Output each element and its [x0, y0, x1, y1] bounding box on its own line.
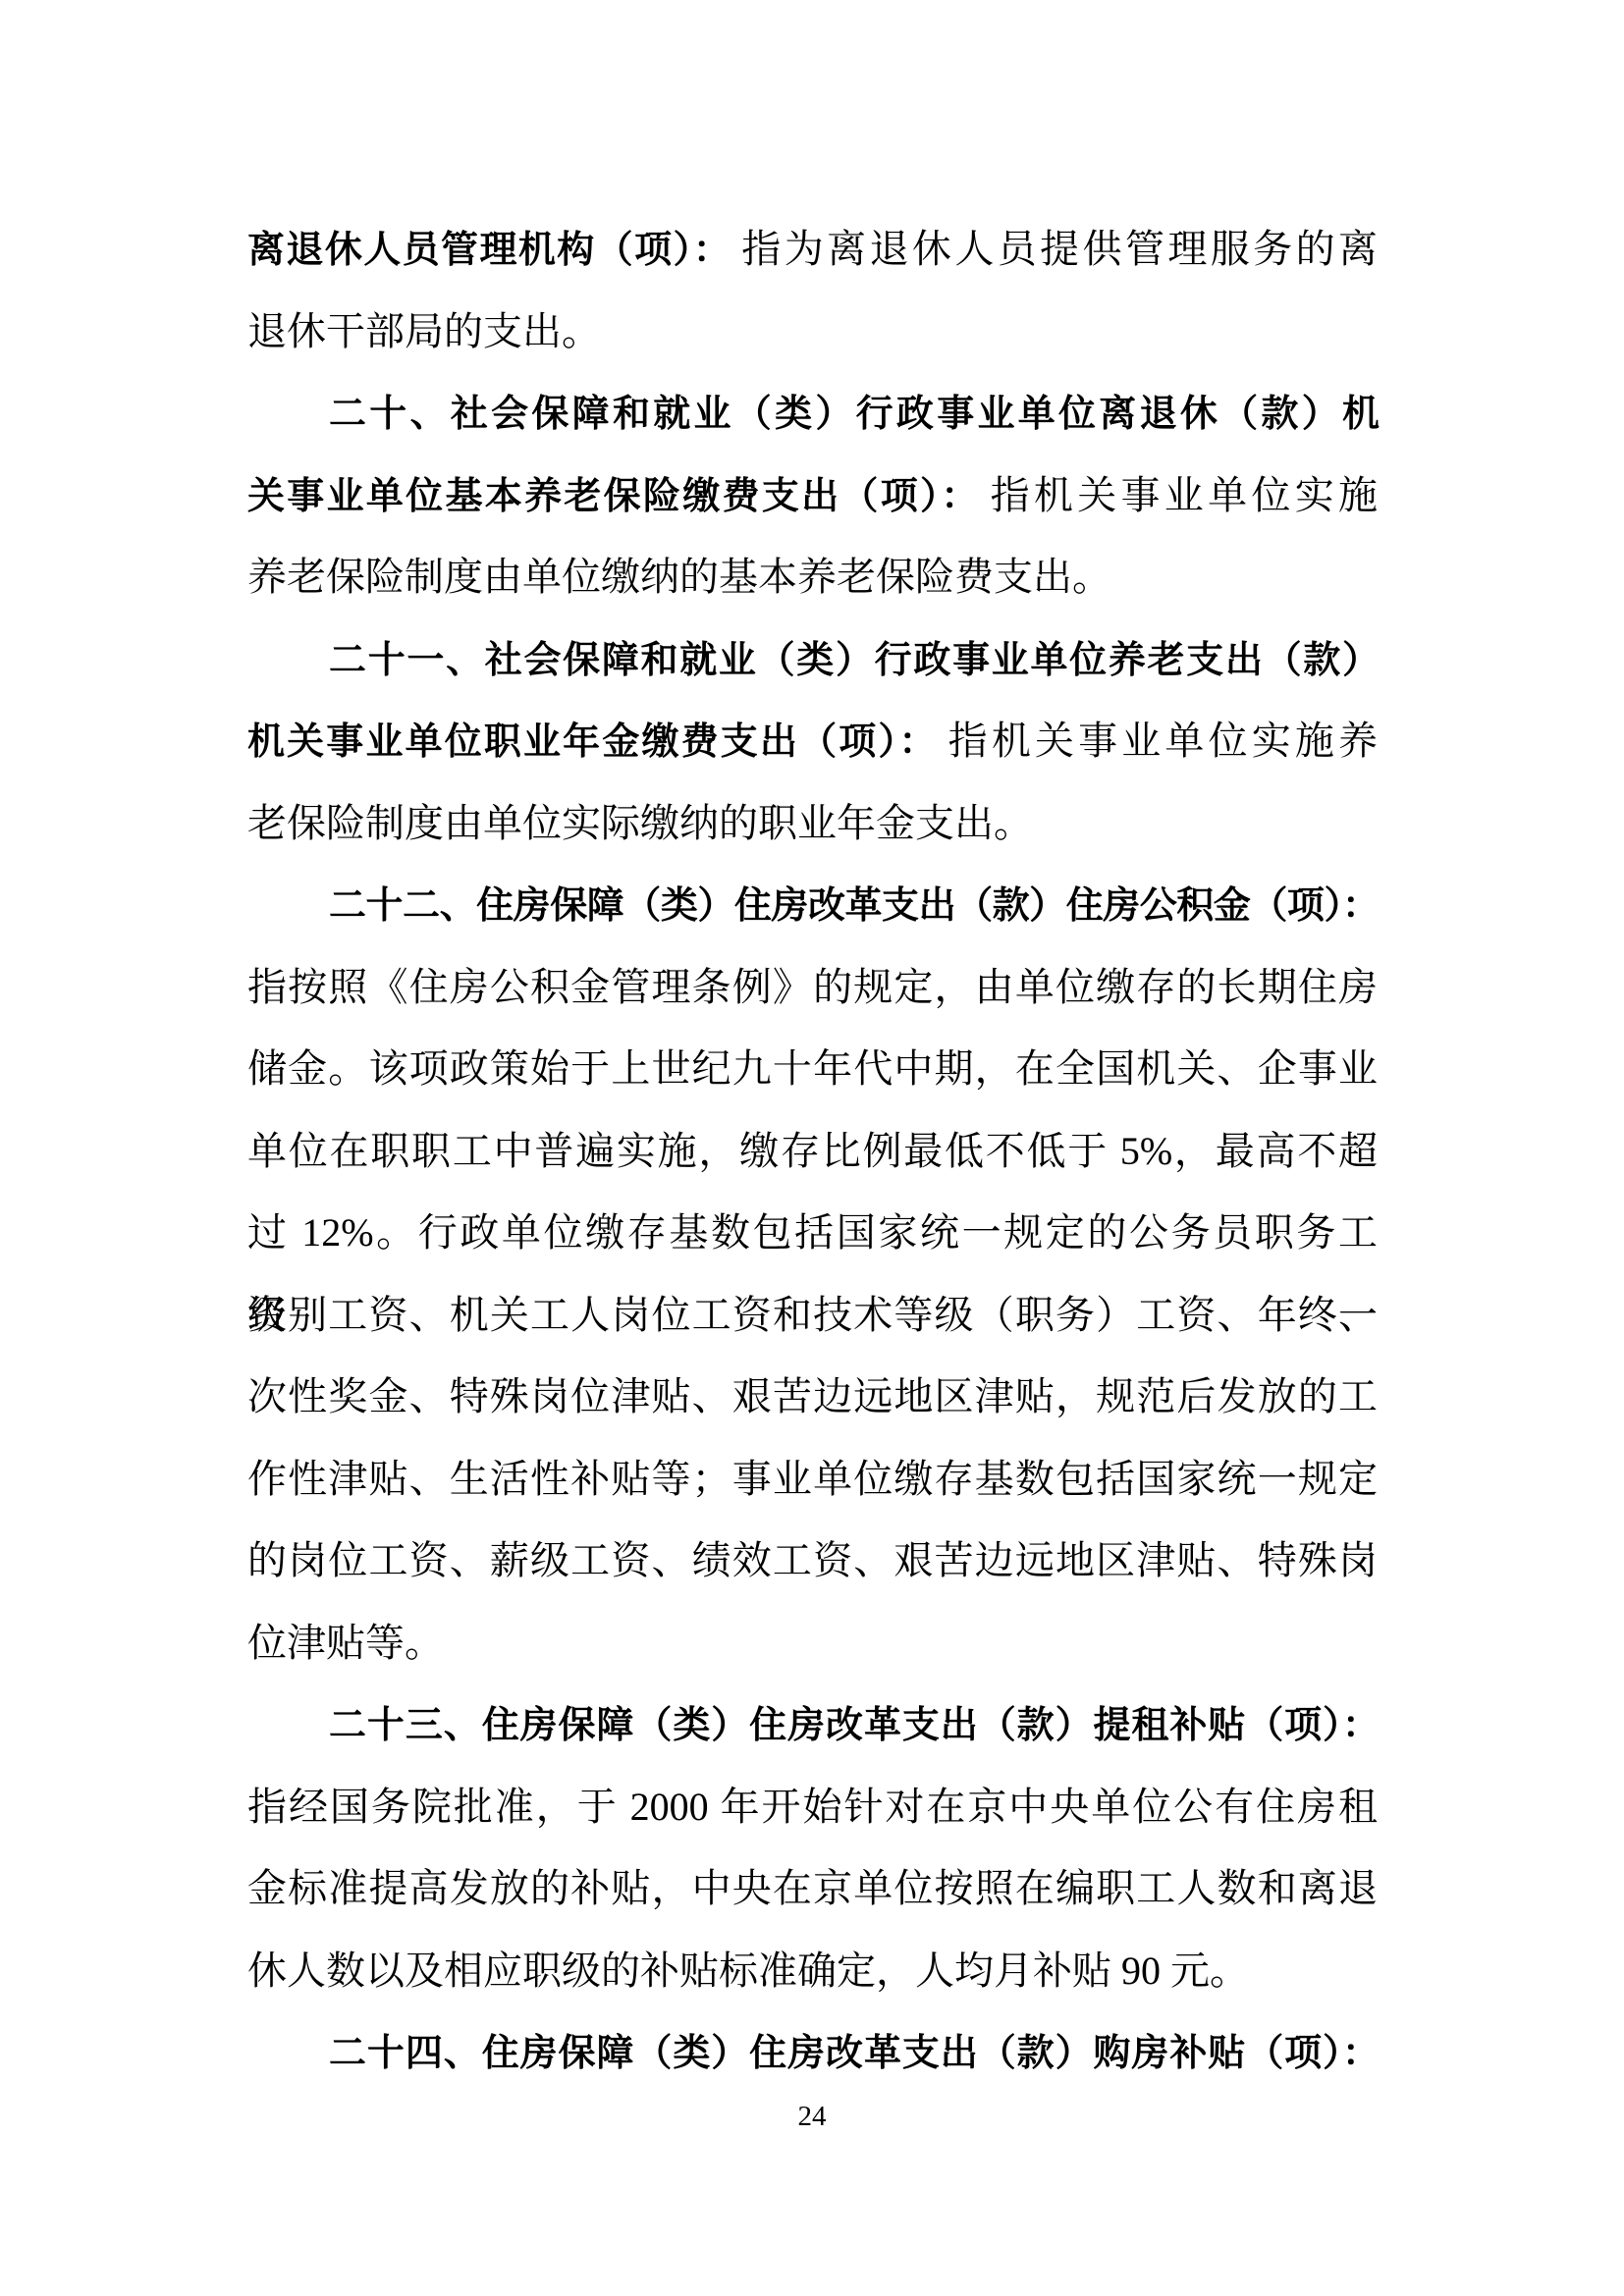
- text-line: 指按照《住房公积金管理条例》的规定，由单位缴存的长期住房: [247, 946, 1378, 1029]
- text-line: 级别工资、机关工人岗位工资和技术等级（职务）工资、年终一: [247, 1274, 1378, 1357]
- body-text: 单位在职职工中普遍实施，缴存比例最低不低于 5%，最高不超: [247, 1129, 1378, 1173]
- body-text: 的岗位工资、薪级工资、绩效工资、艰苦边远地区津贴、特殊岗: [247, 1538, 1378, 1582]
- body-text: 指为离退休人员提供管理服务的离: [731, 227, 1378, 271]
- text-line: 机关事业单位职业年金缴费支出（项）：指机关事业单位实施养: [247, 700, 1378, 782]
- text-line: 单位在职职工中普遍实施，缴存比例最低不低于 5%，最高不超: [247, 1110, 1378, 1193]
- text-line: 二十、社会保障和就业（类）行政事业单位离退休（款）机: [247, 372, 1378, 454]
- body-text: 次性奖金、特殊岗位津贴、艰苦边远地区津贴，规范后发放的工: [247, 1374, 1378, 1418]
- body-text: 休人数以及相应职级的补贴标准确定，人均月补贴 90 元。: [247, 1949, 1249, 1993]
- body-text: 养老保险制度由单位缴纳的基本养老保险费支出。: [247, 555, 1111, 599]
- text-line: 储金。该项政策始于上世纪九十年代中期，在全国机关、企事业: [247, 1028, 1378, 1110]
- text-line: 老保险制度由单位实际缴纳的职业年金支出。: [247, 782, 1378, 865]
- body-text: 老保险制度由单位实际缴纳的职业年金支出。: [247, 801, 1033, 845]
- page-number: 24: [0, 2102, 1624, 2131]
- section-heading: 二十二、住房保障（类）住房改革支出（款）住房公积金（项）：: [329, 885, 1378, 927]
- section-heading: 离退休人员管理机构（项）：: [247, 230, 731, 271]
- body-text: 指机关事业单位实施: [981, 473, 1378, 517]
- text-line: 二十二、住房保障（类）住房改革支出（款）住房公积金（项）：: [247, 864, 1378, 946]
- text-line: 的岗位工资、薪级工资、绩效工资、艰苦边远地区津贴、特殊岗: [247, 1520, 1378, 1602]
- text-line: 二十四、住房保障（类）住房改革支出（款）购房补贴（项）：: [247, 2011, 1378, 2094]
- text-block: 离退休人员管理机构（项）：指为离退休人员提供管理服务的离 退休干部局的支出。 二…: [247, 208, 1378, 2094]
- document-page: 离退休人员管理机构（项）：指为离退休人员提供管理服务的离 退休干部局的支出。 二…: [0, 0, 1624, 2296]
- body-text: 指机关事业单位实施养: [939, 719, 1378, 763]
- text-line: 指经国务院批准，于 2000 年开始针对在京中央单位公有住房租: [247, 1766, 1378, 1848]
- section-heading: 二十、社会保障和就业（类）行政事业单位离退休（款）机: [329, 394, 1378, 435]
- body-text: 金标准提高发放的补贴，中央在京单位按照在编职工人数和离退: [247, 1866, 1378, 1910]
- text-line: 过 12%。行政单位缴存基数包括国家统一规定的公务员职务工资、: [247, 1192, 1378, 1274]
- text-line: 次性奖金、特殊岗位津贴、艰苦边远地区津贴，规范后发放的工: [247, 1356, 1378, 1438]
- body-text: 退休干部局的支出。: [247, 309, 601, 353]
- body-text: 位津贴等。: [247, 1621, 444, 1665]
- text-line: 养老保险制度由单位缴纳的基本养老保险费支出。: [247, 536, 1378, 618]
- text-line: 退休干部局的支出。: [247, 291, 1378, 373]
- section-heading: 机关事业单位职业年金缴费支出（项）：: [247, 721, 939, 763]
- text-line: 离退休人员管理机构（项）：指为离退休人员提供管理服务的离: [247, 208, 1378, 291]
- section-heading: 关事业单位基本养老保险缴费支出（项）：: [247, 476, 981, 517]
- section-heading: 二十四、住房保障（类）住房改革支出（款）购房补贴（项）：: [329, 2033, 1378, 2074]
- text-line: 二十一、社会保障和就业（类）行政事业单位养老支出（款）: [247, 618, 1378, 701]
- text-line: 休人数以及相应职级的补贴标准确定，人均月补贴 90 元。: [247, 1930, 1378, 2012]
- body-text: 级别工资、机关工人岗位工资和技术等级（职务）工资、年终一: [247, 1293, 1378, 1337]
- body-text: 指经国务院批准，于 2000 年开始针对在京中央单位公有住房租: [247, 1785, 1378, 1829]
- section-heading: 二十三、住房保障（类）住房改革支出（款）提租补贴（项）：: [329, 1705, 1378, 1746]
- text-line: 作性津贴、生活性补贴等；事业单位缴存基数包括国家统一规定: [247, 1438, 1378, 1521]
- text-line: 二十三、住房保障（类）住房改革支出（款）提租补贴（项）：: [247, 1683, 1378, 1766]
- text-line: 金标准提高发放的补贴，中央在京单位按照在编职工人数和离退: [247, 1847, 1378, 1930]
- body-text: 储金。该项政策始于上世纪九十年代中期，在全国机关、企事业: [247, 1046, 1378, 1091]
- body-text: 作性津贴、生活性补贴等；事业单位缴存基数包括国家统一规定: [247, 1457, 1378, 1501]
- text-line: 位津贴等。: [247, 1602, 1378, 1684]
- text-line: 关事业单位基本养老保险缴费支出（项）：指机关事业单位实施: [247, 454, 1378, 537]
- body-text: 指按照《住房公积金管理条例》的规定，由单位缴存的长期住房: [247, 965, 1378, 1009]
- section-heading: 二十一、社会保障和就业（类）行政事业单位养老支出（款）: [329, 640, 1378, 681]
